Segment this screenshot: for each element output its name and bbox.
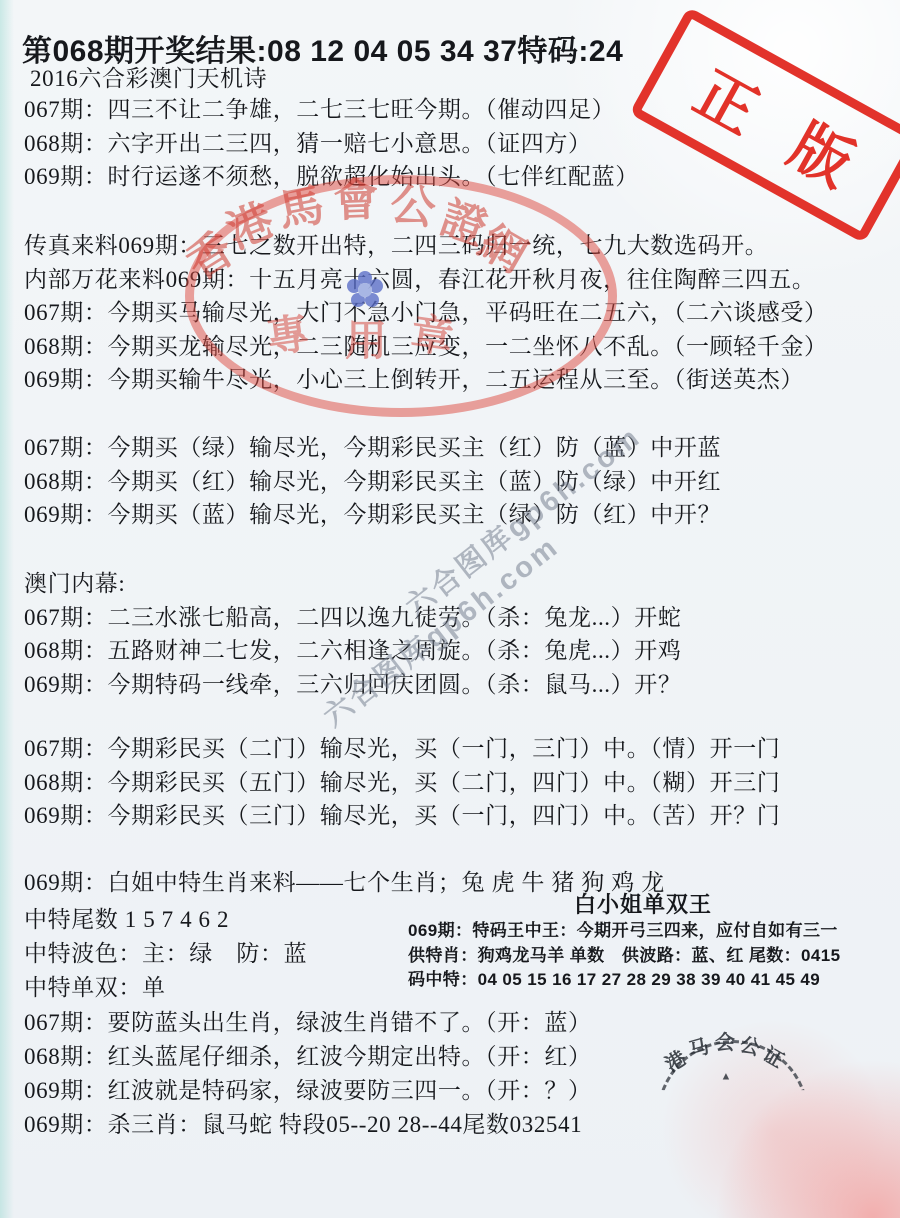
- text-line: 067期：要防蓝头出生肖，绿波生肖错不了。（开：蓝）: [24, 1006, 592, 1040]
- text-line: 供特肖：狗鸡龙马羊 单数 供波路：蓝、红 尾数：0415: [408, 944, 878, 969]
- section-zhongte: 中特尾数 1 5 7 4 6 2 中特波色：主：绿 防：蓝 中特单双：单: [24, 903, 307, 1005]
- oval-seal-char: 會: [333, 177, 380, 224]
- oval-seal-char: 公: [388, 181, 439, 232]
- text-line: 069期：特码王中王：今期开弓三四来，应付自如有三一: [408, 919, 878, 944]
- baixiaojie-title: 白小姐单双王: [408, 891, 878, 919]
- text-line: 067期：二三水涨七船高，二四以逸九徒劳。（杀：兔龙...）开蛇: [24, 601, 681, 635]
- text-line: 067期：四三不让二争雄，二七三七旺今期。（催动四足）: [24, 93, 639, 127]
- text-line: 069期：杀三肖：鼠马蛇 特段05--20 28--44尾数032541: [24, 1108, 592, 1142]
- section-heading: 2016六合彩澳门天机诗: [30, 62, 267, 96]
- oval-seal-char: 馬: [275, 182, 328, 235]
- text-line: 068期：红头蓝尾仔细杀，红波今期定出特。（开：红）: [24, 1040, 592, 1074]
- text-line: 067期：今期彩民买（二门）输尽光，买（一门，三门）中。（情）开一门: [24, 732, 780, 766]
- oval-seal-char: 章: [408, 312, 455, 359]
- text-line: 069期：红波就是特码家，绿波要防三四一。（开：？）: [24, 1074, 592, 1108]
- section-tianji: 067期：四三不让二争雄，二七三七旺今期。（催动四足） 068期：六字开出二三四…: [24, 93, 639, 194]
- text-line: 码中特：04 05 15 16 17 27 28 29 38 39 40 41 …: [408, 968, 878, 993]
- oval-seal-char: 用: [345, 320, 387, 362]
- authentic-stamp: 正 版: [629, 7, 900, 244]
- text-line: 中特尾数 1 5 7 4 6 2: [24, 903, 307, 937]
- section-caimin: 067期：今期彩民买（二门）输尽光，买（一门，三门）中。（情）开一门 068期：…: [24, 732, 780, 833]
- section-baixiaojie: 白小姐单双王 069期：特码王中王：今期开弓三四来，应付自如有三一 供特肖：狗鸡…: [408, 891, 878, 993]
- notary-stamp-char: 马: [687, 1037, 712, 1062]
- section-bocai: 067期：要防蓝头出生肖，绿波生肖错不了。（开：蓝） 068期：红头蓝尾仔细杀，…: [24, 1006, 592, 1142]
- text-line: 069期：今期彩民买（三门）输尽光，买（一门，四门）中。（苦）开？门: [24, 799, 780, 833]
- section-tianji-heading: 2016六合彩澳门天机诗: [30, 62, 267, 96]
- notary-stamp-char: 会: [715, 1033, 735, 1053]
- text-line: 068期：六字开出二三四，猜一赔七小意思。（证四方）: [24, 127, 639, 161]
- text-line: 中特波色：主：绿 防：蓝: [24, 937, 307, 971]
- lottery-tip-sheet: 第068期开奖结果:08 12 04 05 34 37特码:24 2016六合彩…: [0, 0, 900, 1218]
- text-line: 068期：五路财神二七发，二六相逢之周旋。（杀：兔虎...）开鸡: [24, 634, 681, 668]
- text-line: 中特单双：单: [24, 971, 307, 1005]
- text-line: 068期：今期彩民买（五门）输尽光，买（二门，四门）中。（糊）开三门: [24, 766, 780, 800]
- text-line: 069期：今期买（蓝）输尽光，今期彩民买主（绿）防（红）中开？: [24, 498, 721, 532]
- notary-stamp-pointer-icon: ▲: [721, 1072, 732, 1083]
- oval-seal-char: 專: [264, 312, 311, 359]
- section-heading: 澳门内幕:: [24, 567, 681, 601]
